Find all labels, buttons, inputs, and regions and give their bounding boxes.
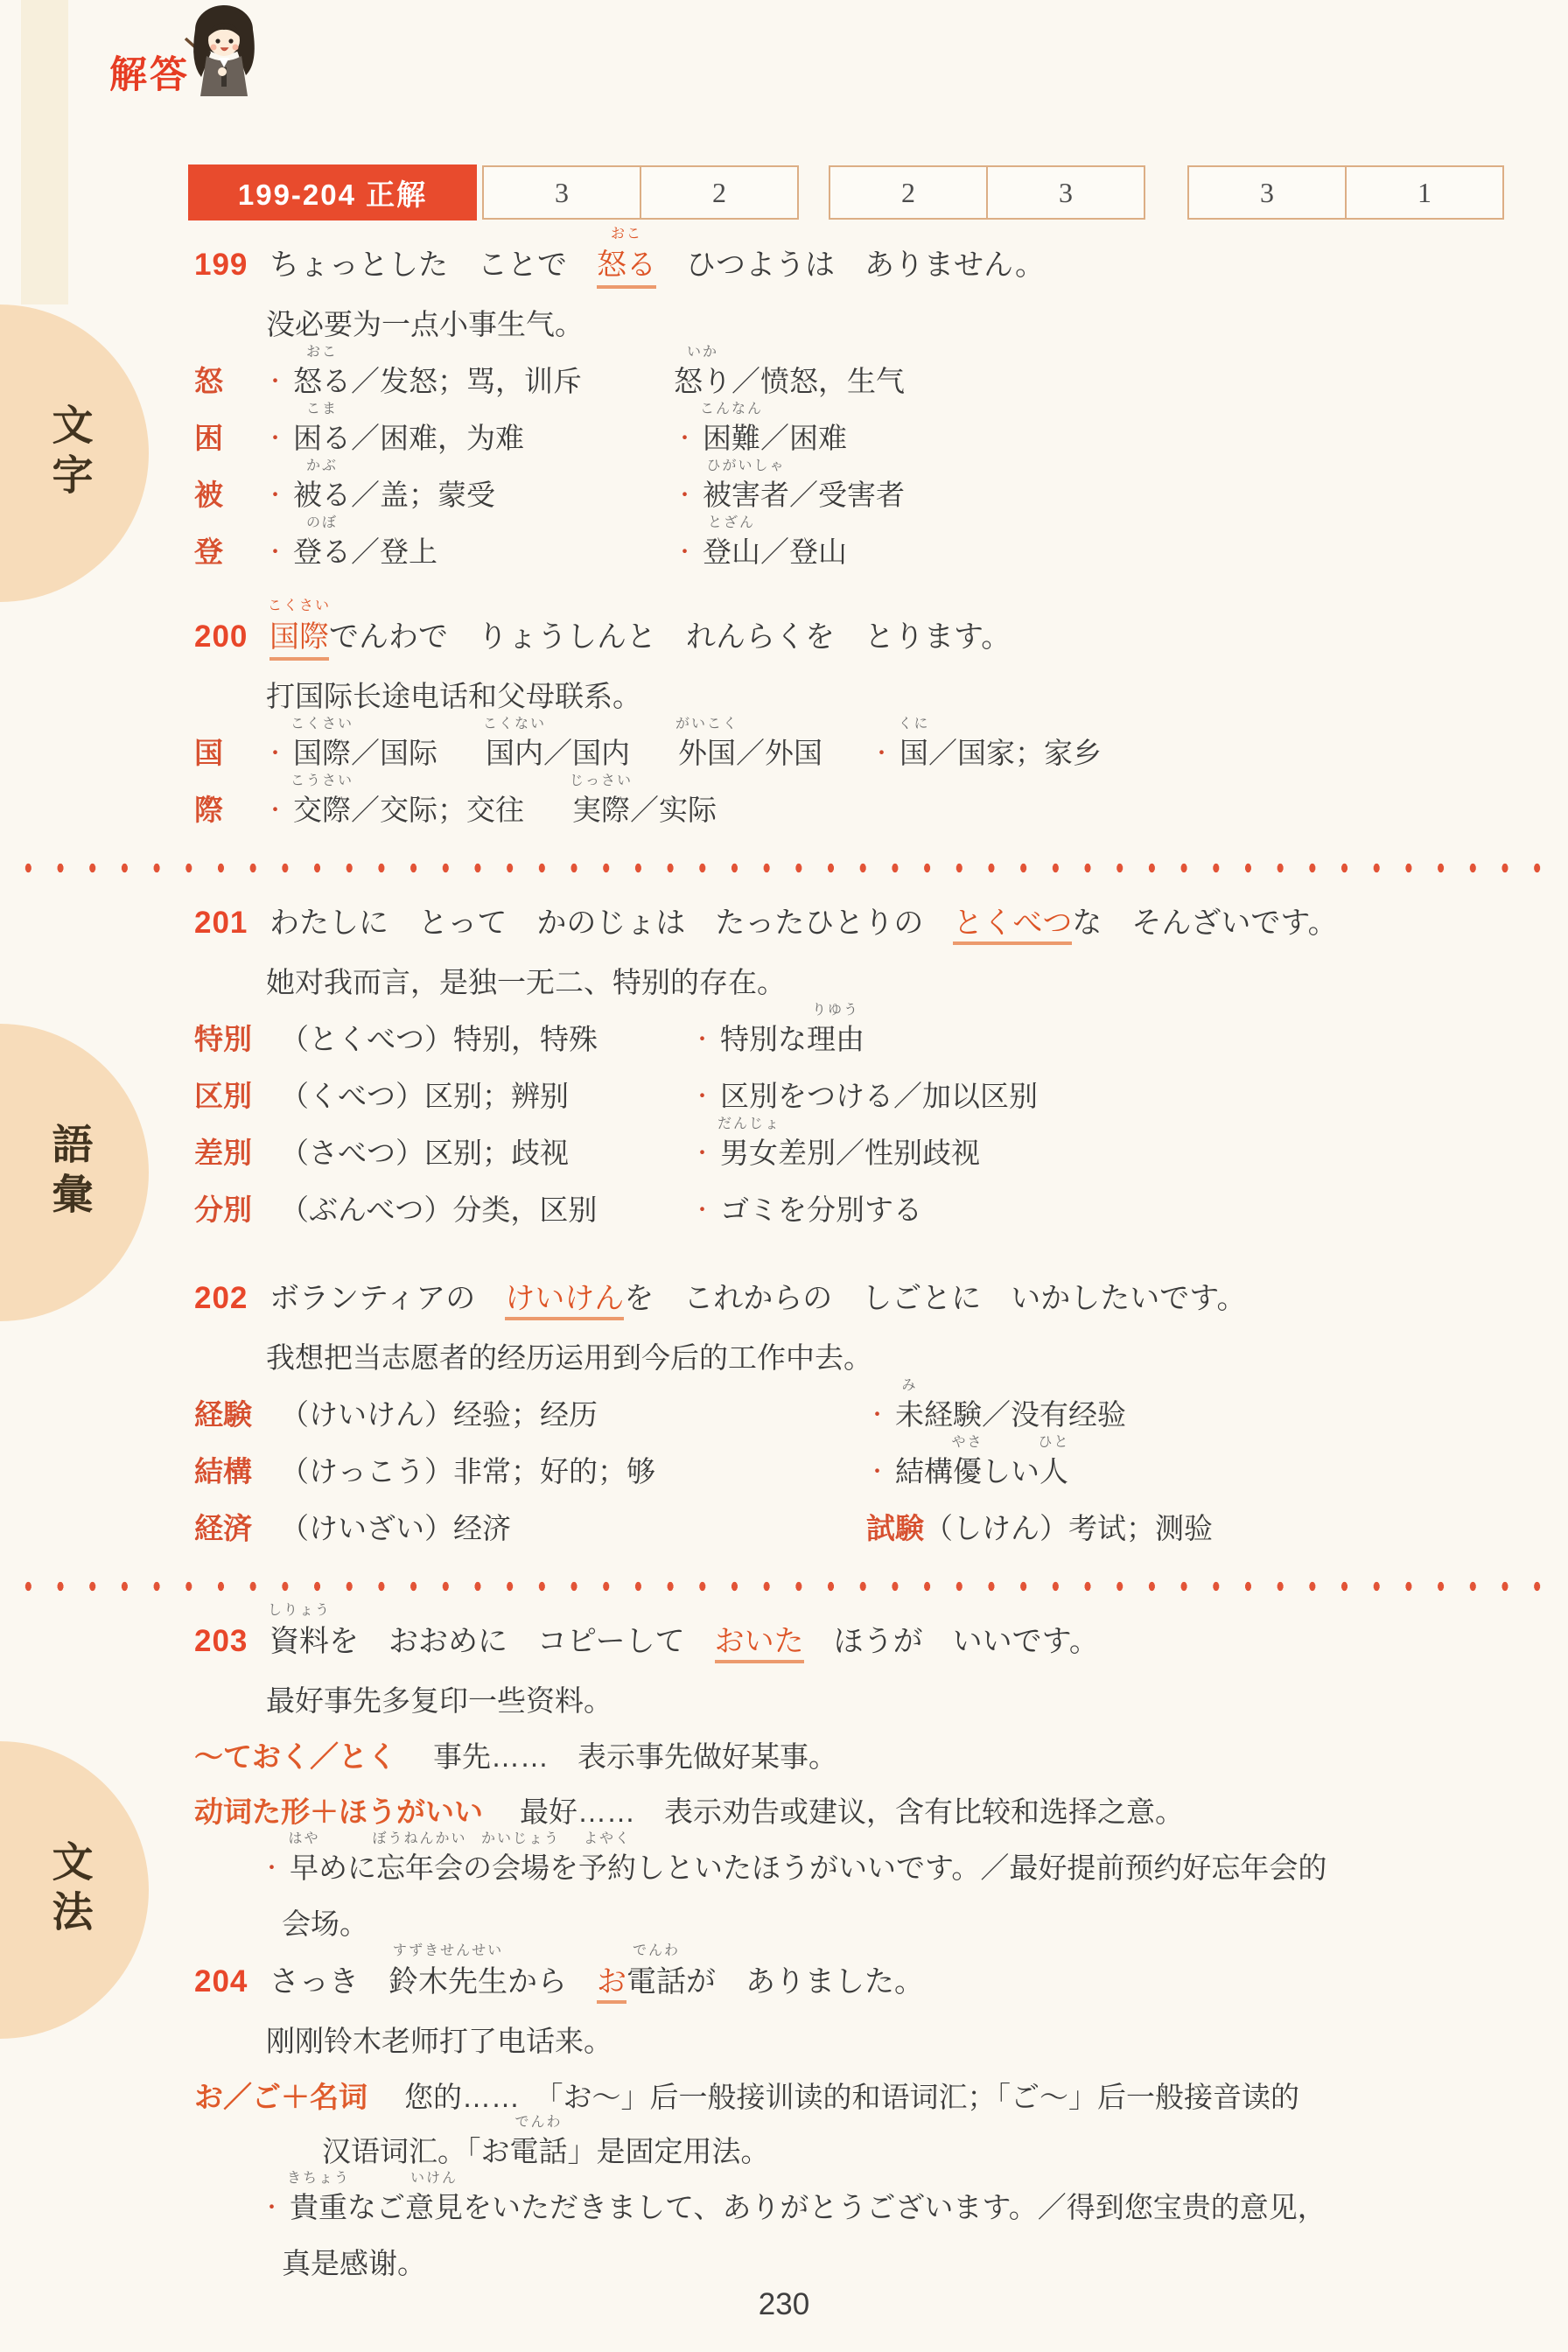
- furigana: かいじょう: [481, 1832, 560, 1846]
- question-200-sentence: 200こくさい国際でんわで りょうしんと れんらくを とります。: [0, 606, 1568, 668]
- bullet-icon: ・: [866, 1403, 888, 1427]
- furigana: くに: [899, 717, 930, 731]
- vocab-row: 結構（けっこう）非常；好的；够 ・結構やさ優しいひと人: [0, 1443, 1568, 1500]
- ruby-base: 交際: [293, 794, 351, 826]
- bullet-icon: ・: [674, 426, 696, 451]
- vocab-gloss: ／外国: [736, 737, 822, 769]
- ruby-base: 被る: [293, 479, 351, 511]
- chinese-translation: 没必要为一点小事生气。: [0, 296, 1568, 353]
- example-pre: 結構: [895, 1455, 953, 1487]
- dotted-separator: [12, 1579, 1556, 1593]
- example-pre: 特別な: [720, 1023, 807, 1055]
- ruby-base: 電話: [626, 1965, 686, 1998]
- ruby-base: 未: [895, 1398, 924, 1431]
- dotted-separator: [12, 861, 1556, 875]
- example-pre: ゴミを分別する: [720, 1193, 922, 1226]
- sentence-post: な そんざいです。: [1072, 906, 1337, 940]
- furigana: いか: [687, 346, 718, 360]
- furigana: おこ: [611, 227, 642, 241]
- vocab-word: ひと人: [1039, 1449, 1068, 1490]
- example-word: ぼうねんかい忘年会: [376, 1845, 463, 1886]
- answer-word: けいけん: [505, 1282, 624, 1320]
- ruby-base: 理由: [807, 1023, 864, 1055]
- vocab-example: ・特別なりゆう理由: [691, 1011, 864, 1068]
- bullet-icon: ・: [264, 540, 286, 564]
- grammar-row: ～ておく／とく事先…… 表示事先做好某事。: [0, 1729, 1568, 1784]
- vocab-gloss: ／国内: [543, 737, 630, 769]
- sentence-post: ひつようは ありません。: [656, 248, 1045, 282]
- vocab-word: こんなん困難: [703, 416, 760, 457]
- answer-word: こくさい国際: [269, 612, 329, 661]
- chinese-translation: 我想把当志愿者的经历运用到今后的工作中去。: [0, 1329, 1568, 1386]
- furigana: いけん: [410, 2172, 458, 2186]
- furigana: こくない: [483, 717, 546, 731]
- answer-word: お: [597, 1965, 626, 2004]
- ruby-base: 被害者: [703, 479, 789, 511]
- answer-word-text: 国際: [269, 620, 329, 654]
- explanation-post: 」是固定用法。: [568, 2135, 770, 2167]
- vocab-gloss: ／困难: [760, 422, 847, 454]
- ruby-base: 男女: [720, 1137, 778, 1169]
- question-202-sentence: 202ボランティアの けいけんを これからの しごとに いかしたいです。: [0, 1268, 1568, 1329]
- sentence-word: すずきせんせい鈴木先生: [388, 1957, 507, 2000]
- furigana: だんじょ: [717, 1117, 780, 1131]
- question-199-sentence: 199ちょっとした ことで おこ怒る ひつようは ありません。: [0, 234, 1568, 296]
- furigana: きちょう: [287, 2172, 350, 2186]
- example-continuation: 会场。: [0, 1897, 1568, 1951]
- example-text: を: [549, 1851, 578, 1884]
- bullet-icon: ・: [691, 1198, 713, 1222]
- example-text: をいただきまして、ありがとうございます。／得到您宝贵的意见，: [463, 2191, 1326, 2223]
- answer-cell: 3: [484, 167, 640, 218]
- question-204-sentence: 204さっき すずきせんせい鈴木先生から おでんわ電話が ありました。: [0, 1951, 1568, 2012]
- sentence-post: でんわで りょうしんと れんらくを とります。: [329, 620, 1011, 654]
- example-word: はや早: [290, 1845, 318, 1886]
- vocab-gloss: ／登山: [760, 535, 847, 568]
- vocab-example: ・み未経験／没有经验: [866, 1386, 1126, 1444]
- vocab-body: （しけん）考试；测验: [924, 1512, 1213, 1544]
- ruby-base: 困難: [703, 422, 760, 454]
- vocab-head: 分別: [194, 1181, 280, 1238]
- vocab-item: じっさい実際／实际: [572, 794, 717, 826]
- sentence-mid: から: [507, 1965, 597, 1998]
- vocab-row: 登・のぼ登る／登上 ・とざん登山／登山: [0, 523, 1568, 580]
- ruby-base: 怒り: [674, 365, 731, 397]
- ruby-base: 実際: [572, 794, 630, 826]
- vocab-gloss: ／盖；蒙受: [351, 479, 495, 511]
- ruby-base: 人: [1039, 1455, 1068, 1487]
- vocab-head: 区別: [194, 1067, 280, 1124]
- vocab-row: 差別（さべつ）区别；歧视 ・だんじょ男女差別／性别歧视: [0, 1124, 1568, 1181]
- vocab-item: こうさい交際／交际；交往: [293, 794, 524, 826]
- vocab-gloss: ／实际: [630, 794, 717, 826]
- bullet-icon: ・: [866, 1459, 888, 1484]
- vocab-word: じっさい実際: [572, 787, 630, 829]
- furigana: とざん: [708, 516, 755, 530]
- vocab-word: だんじょ男女: [720, 1130, 778, 1172]
- vocab-word: のぼ登る: [293, 529, 351, 570]
- vocab-word: こくさい国際: [293, 731, 351, 772]
- furigana: こくさい: [290, 717, 353, 731]
- answer-group-2: 2 3: [829, 165, 1145, 220]
- example-text: なご: [347, 2191, 405, 2223]
- ruby-base: 優: [953, 1455, 982, 1487]
- vocab-head: 結構: [194, 1443, 280, 1500]
- vocab-head: 困: [194, 409, 264, 466]
- ruby-base: 登る: [293, 535, 351, 568]
- bullet-icon: ・: [264, 741, 286, 766]
- teacher-girl-icon: [166, 0, 283, 100]
- answer-group-3: 3 1: [1187, 165, 1504, 220]
- furigana: ぼうねんかい: [373, 1832, 467, 1846]
- vocab-row: 特別（とくべつ）特别，特殊 ・特別なりゆう理由: [0, 1011, 1568, 1067]
- bullet-icon: ・: [261, 2195, 283, 2220]
- example-word: いけん意見: [405, 2185, 463, 2226]
- bullet-icon: ・: [691, 1084, 713, 1109]
- vocab-word: いか怒り: [674, 359, 731, 400]
- vocab-head: 経済: [194, 1500, 280, 1557]
- ruby-base: 忘年会: [376, 1851, 463, 1884]
- vocab-head: 際: [194, 781, 264, 838]
- vocab-gloss: ／愤怒，生气: [731, 365, 905, 397]
- content-column: 199ちょっとした ことで おこ怒る ひつようは ありません。 没必要为一点小事…: [0, 234, 1568, 2291]
- furigana: かぶ: [306, 459, 338, 473]
- grammar-row: お／ご＋名词您的…… 「お～」后一般接训读的和语词汇；「ご～」后一般接音读的: [0, 2069, 1568, 2124]
- sentence-pre: ちょっとした ことで: [269, 248, 597, 282]
- question-number: 200: [194, 606, 269, 668]
- furigana: おこ: [306, 346, 338, 360]
- grammar-explanation-continuation: 汉语词汇。「おでんわ電話」是固定用法。: [0, 2124, 1568, 2179]
- vocab-word: こま困る: [293, 416, 351, 457]
- example-pre: 区別をつける／加以区别: [720, 1080, 1038, 1112]
- vocab-item: がいこく外国／外国: [678, 737, 822, 769]
- furigana: ひと: [1039, 1436, 1070, 1450]
- sentence-post: が ありました。: [686, 1965, 924, 1998]
- explanation-word: でんわ電話: [510, 2129, 568, 2170]
- vocab-body: （くべつ）区别；辨别: [280, 1080, 569, 1112]
- question-number: 202: [194, 1268, 269, 1329]
- vocab-item: こくさい国際／国际: [293, 737, 437, 769]
- vocab-row: 経済（けいざい）经济 試験（しけん）考试；测验: [0, 1500, 1568, 1557]
- grammar-pattern: ～ておく／とく: [194, 1740, 396, 1773]
- bullet-icon: ・: [264, 798, 286, 822]
- example-mid: 経験／没有经验: [924, 1398, 1126, 1431]
- example-text: めに: [318, 1851, 376, 1884]
- furigana: こんなん: [700, 402, 763, 416]
- vocab-gloss: ／国际: [351, 737, 437, 769]
- question-203-sentence: 203しりょう資料を おおめに コピーして おいた ほうが いいです。: [0, 1611, 1568, 1672]
- vocab-body: （けいざい）经济: [280, 1512, 511, 1544]
- answer-word: とくべつ: [953, 906, 1072, 945]
- vocab-row: 国・こくさい国際／国际こくない国内／国内がいこく外国／外国・くに国／国家；家乡: [0, 724, 1568, 781]
- answer-word-text: 怒る: [597, 248, 656, 282]
- furigana: み: [902, 1379, 918, 1393]
- sentence-pre: わたしに とって かのじょは たったひとりの: [269, 906, 953, 940]
- vocab-row: 際・こうさい交際／交际；交往じっさい実際／实际: [0, 781, 1568, 838]
- page-number: 230: [0, 2287, 1568, 2322]
- vocab-example: ・結構やさ優しいひと人: [866, 1443, 1068, 1501]
- furigana: よやく: [584, 1832, 631, 1846]
- example-sentence: ・はや早めにぼうねんかい忘年会のかいじょう会場をよやく予約しといたほうがいいです…: [0, 1839, 1568, 1897]
- grammar-explanation: 最好…… 表示劝告或建议，含有比较和选择之意。: [520, 1795, 1184, 1828]
- vocab-gloss: ／登上: [351, 535, 437, 568]
- bullet-icon: ・: [691, 1027, 713, 1052]
- bullet-icon: ・: [264, 483, 286, 507]
- answer-key-label: 199-204 正解: [188, 164, 477, 220]
- furigana: りゆう: [812, 1004, 859, 1018]
- answer-cell: 3: [1189, 167, 1345, 218]
- answer-cell: 3: [986, 167, 1144, 218]
- ruby-base: 鈴木先生: [388, 1965, 507, 1998]
- sentence-word: しりょう資料: [269, 1617, 329, 1660]
- example-text: の: [463, 1851, 492, 1884]
- furigana: のぼ: [306, 516, 338, 530]
- grammar-explanation: 事先…… 表示事先做好某事。: [433, 1740, 837, 1773]
- ruby-base: 国: [899, 737, 928, 769]
- chinese-translation: 最好事先多复印一些资料。: [0, 1672, 1568, 1729]
- textbook-answer-page: 文字 語彙 文法 解答 199-204 正解 3 2: [0, 0, 1568, 2352]
- answer-key-row: 199-204 正解 3 2 2 3 3 1: [188, 164, 1504, 220]
- ruby-base: 資料: [269, 1625, 329, 1658]
- ruby-base: 意見: [405, 2191, 463, 2223]
- vocab-row: 分別（ぶんべつ）分类，区别 ・ゴミを分別する: [0, 1181, 1568, 1238]
- bullet-icon: ・: [674, 483, 696, 507]
- chinese-translation: 打国际长途电话和父母联系。: [0, 668, 1568, 724]
- vocab-head: 被: [194, 466, 264, 523]
- example-post: 差別／性别歧视: [778, 1137, 980, 1169]
- grammar-explanation: 您的…… 「お～」后一般接训读的和语词汇；「ご～」后一般接音读的: [404, 2081, 1299, 2113]
- vocab-word: こうさい交際: [293, 787, 351, 829]
- furigana: こうさい: [290, 774, 353, 788]
- vocab-example: ・ゴミを分別する: [691, 1181, 922, 1239]
- question-number: 199: [194, 234, 269, 296]
- grammar-row: 动词た形＋ほうがいい最好…… 表示劝告或建议，含有比较和选择之意。: [0, 1784, 1568, 1839]
- vocab-item: こくない国内／国内: [486, 737, 630, 769]
- sentence-post: を これからの しごとに いかしたいです。: [624, 1282, 1246, 1315]
- ruby-base: 貴重: [290, 2191, 347, 2223]
- vocab-head: 差別: [194, 1124, 280, 1181]
- explanation-pre: 汉语词汇。「お: [322, 2135, 510, 2167]
- example-word: きちょう貴重: [290, 2185, 347, 2226]
- ruby-base: 予約: [578, 1851, 636, 1884]
- example-mid: しい: [982, 1455, 1039, 1487]
- ruby-base: 早: [290, 1851, 318, 1884]
- vocab-word: み未: [895, 1392, 924, 1433]
- answer-word: おこ怒る: [597, 241, 656, 289]
- ruby-base: 会場: [492, 1851, 549, 1884]
- vocab-word: とざん登山: [703, 529, 760, 570]
- ruby-base: 国内: [486, 737, 543, 769]
- grammar-pattern: 动词た形＋ほうがいい: [194, 1795, 483, 1828]
- vocab-word: くに国: [899, 731, 928, 772]
- vocab-word: がいこく外国: [678, 731, 736, 772]
- bullet-icon: ・: [674, 540, 696, 564]
- vocab-head: 特別: [194, 1011, 280, 1067]
- answer-group-1: 3 2: [482, 165, 799, 220]
- vocab-word: やさ優: [953, 1449, 982, 1490]
- vocab-head-secondary: 試験: [866, 1512, 924, 1544]
- furigana: でんわ: [514, 2116, 562, 2130]
- chinese-translation: 她对我而言，是独一无二、特别的存在。: [0, 954, 1568, 1011]
- vocab-col2: ・とざん登山／登山: [674, 523, 847, 581]
- bullet-icon: ・: [261, 1856, 283, 1880]
- question-number: 201: [194, 892, 269, 954]
- furigana: がいこく: [675, 717, 738, 731]
- vocab-row: 怒・おこ怒る／发怒；骂，训斥 いか怒り／愤怒，生气: [0, 353, 1568, 409]
- example-continuation: 真是感谢。: [0, 2236, 1568, 2291]
- vocab-example: ・だんじょ男女差別／性别歧视: [691, 1124, 980, 1182]
- vocab-word: りゆう理由: [807, 1017, 864, 1058]
- ruby-base: 困る: [293, 422, 351, 454]
- chinese-translation: 刚刚铃木老师打了电话来。: [0, 2012, 1568, 2069]
- furigana: しりょう: [268, 1604, 331, 1618]
- vocab-word: ひがいしゃ被害者: [703, 472, 789, 514]
- ruby-base: 国際: [293, 737, 351, 769]
- grammar-pattern: お／ご＋名词: [194, 2081, 367, 2113]
- answer-word: おいた: [715, 1625, 804, 1663]
- answer-cell: 2: [830, 167, 986, 218]
- bullet-icon: ・: [264, 426, 286, 451]
- vocab-row: 経験（けいけん）经验；经历 ・み未経験／没有经验: [0, 1386, 1568, 1443]
- furigana: ひがいしゃ: [707, 459, 786, 473]
- vocab-extra: 試験（しけん）考试；测验: [866, 1500, 1213, 1557]
- vocab-body: （さべつ）区别；歧视: [280, 1137, 569, 1169]
- vocab-gloss: ／国家；家乡: [928, 737, 1102, 769]
- example-word: かいじょう会場: [492, 1845, 549, 1886]
- question-number: 204: [194, 1951, 269, 2012]
- bullet-icon: ・: [264, 369, 286, 394]
- furigana: はや: [289, 1832, 320, 1846]
- ruby-base: 怒る: [293, 365, 351, 397]
- ruby-base: 電話: [510, 2135, 568, 2167]
- vocab-gloss: ／困难，为难: [351, 422, 524, 454]
- vocab-body: （けっこう）非常；好的；够: [280, 1455, 655, 1487]
- vocab-body: （とくべつ）特别，特殊: [280, 1023, 598, 1055]
- vocab-word: かぶ被る: [293, 472, 351, 514]
- sentence-word: でんわ電話: [626, 1957, 686, 2000]
- sentence-pre: さっき: [269, 1965, 388, 1998]
- ruby-base: 外国: [678, 737, 736, 769]
- answer-cell: 1: [1345, 167, 1502, 218]
- furigana: こくさい: [268, 599, 331, 613]
- furigana: じっさい: [570, 774, 633, 788]
- vocab-row: 被・かぶ被る／盖；蒙受 ・ひがいしゃ被害者／受害者: [0, 466, 1568, 523]
- teacher-girl-illustration: [166, 0, 283, 104]
- vocab-head: 国: [194, 724, 264, 781]
- vocab-item: くに国／国家；家乡: [899, 737, 1102, 769]
- vocab-head: 経験: [194, 1386, 280, 1443]
- vocab-body: （ぶんべつ）分类，区别: [280, 1193, 597, 1226]
- sentence-pre: ボランティアの: [269, 1282, 505, 1315]
- answer-cell: 2: [640, 167, 797, 218]
- vocab-body: （けいけん）经验；经历: [280, 1398, 598, 1431]
- bullet-icon: ・: [691, 1141, 713, 1165]
- furigana: でんわ: [633, 1944, 680, 1958]
- furigana: こま: [306, 402, 338, 416]
- sentence-mid: を おおめに コピーして: [329, 1625, 715, 1658]
- furigana: すずきせんせい: [393, 1944, 503, 1958]
- vocab-row: 区別（くべつ）区别；辨别 ・区別をつける／加以区别: [0, 1067, 1568, 1124]
- ruby-base: 登山: [703, 535, 760, 568]
- question-201-sentence: 201わたしに とって かのじょは たったひとりの とくべつな そんざいです。: [0, 892, 1568, 954]
- example-sentence: ・きちょう貴重なごいけん意見をいただきまして、ありがとうございます。／得到您宝贵…: [0, 2179, 1568, 2236]
- vocab-gloss: ／发怒；骂，训斥: [351, 365, 582, 397]
- bullet-icon: ・: [871, 741, 892, 766]
- vocab-word: こくない国内: [486, 731, 543, 772]
- vocab-head: 登: [194, 523, 264, 580]
- sentence-post: ほうが いいです。: [804, 1625, 1099, 1658]
- vocab-head: 怒: [194, 353, 264, 409]
- example-text: しといたほうがいいです。／最好提前预约好忘年会的: [636, 1851, 1326, 1884]
- vocab-word: おこ怒る: [293, 359, 351, 400]
- example-word: よやく予約: [578, 1845, 636, 1886]
- vocab-gloss: ／交际；交往: [351, 794, 524, 826]
- furigana: やさ: [952, 1436, 983, 1450]
- question-number: 203: [194, 1611, 269, 1672]
- vocab-gloss: ／受害者: [789, 479, 905, 511]
